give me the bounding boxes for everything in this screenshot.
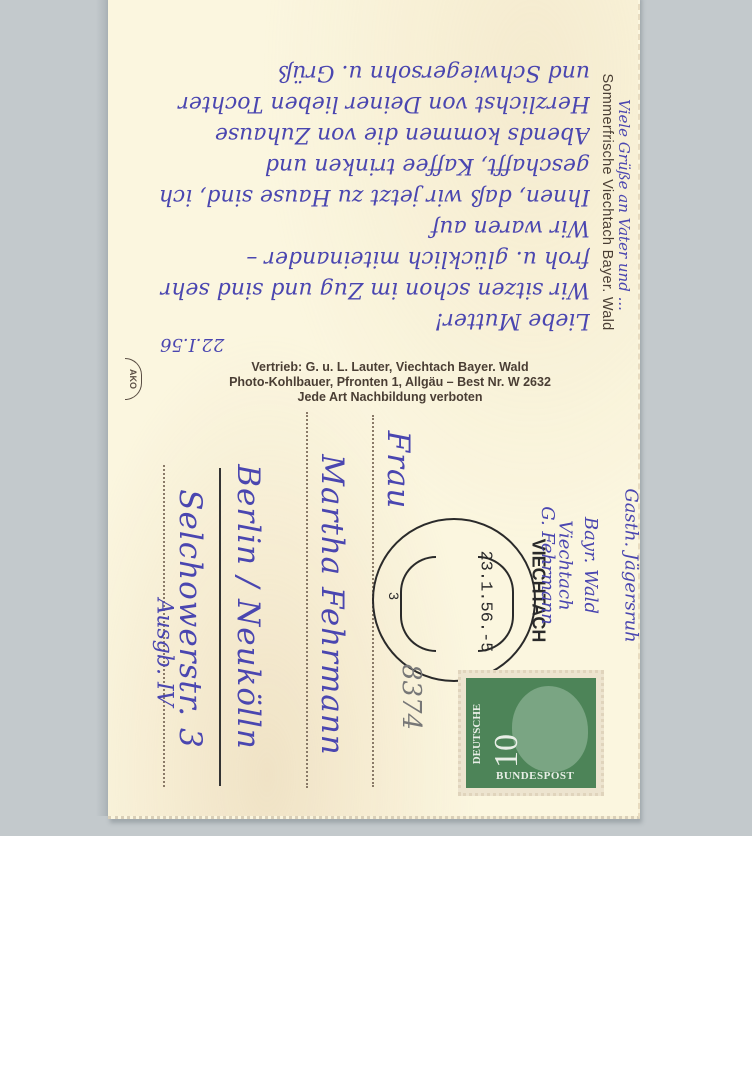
recipient-name: Martha Fehrmann xyxy=(312,410,352,800)
publisher-line-3: Jede Art Nachbildung verboten xyxy=(160,390,620,405)
postmark-arc xyxy=(400,556,436,652)
pencil-note: 8374 xyxy=(396,664,426,730)
postmark-number: 3 xyxy=(386,592,402,600)
sender-address: G. Fehrmann Viechtach Bayr. Wald Gasth. … xyxy=(540,440,640,670)
stamp-country-text: DEUTSCHE xyxy=(471,704,483,765)
city-text: Berlin / Neukölln xyxy=(230,464,266,750)
handwritten-message: Liebe Mutter! Wir sitzen schon im Zug un… xyxy=(130,10,590,342)
sender-city: Viechtach xyxy=(555,520,576,610)
message-line: und Schwiegersohn u. Grüß xyxy=(130,57,590,88)
publisher-info: Vertrieb: G. u. L. Lauter, Viechtach Bay… xyxy=(160,360,620,405)
divider-line xyxy=(219,468,221,786)
publisher-line-2: Photo-Kohlbauer, Pfronten 1, Allgäu – Be… xyxy=(160,375,620,390)
message-line: Liebe Mutter! xyxy=(130,305,590,336)
message-line: Wir waren auf xyxy=(130,212,590,243)
recipient-salutation: Frau xyxy=(378,410,418,530)
message-line: Abends kommen die von Zuhause xyxy=(130,119,590,150)
stamp-country: DEUTSCHE xyxy=(470,684,484,784)
postmark: 3 23.1.56.-5 VIECHTACH xyxy=(372,518,536,682)
message-line: Ihnen, daß wir jetzt zu Hause sind, ich xyxy=(130,181,590,212)
message-line: froh u. glücklich miteinander – xyxy=(130,243,590,274)
recipient-extra: Ausgb. IV xyxy=(152,598,177,706)
stamp-value: 10 xyxy=(488,734,526,768)
recipient-city: Berlin / Neukölln xyxy=(228,412,268,802)
margin-note-text: Viele Grüße an Vater und ... xyxy=(615,99,633,311)
street-text: Selchowerstr. 3 xyxy=(172,489,208,748)
stamp-face: DEUTSCHE 10 BUNDESPOST xyxy=(466,678,596,788)
sender-region: Bayr. Wald xyxy=(580,517,601,614)
address-line xyxy=(306,412,308,788)
message-line: geschafft, Kaffee trinken und xyxy=(130,150,590,181)
margin-note: Viele Grüße an Vater und ... xyxy=(612,40,636,370)
publisher-line-1: Vertrieb: G. u. L. Lauter, Viechtach Bay… xyxy=(160,360,620,375)
message-line: Wir sitzen schon im Zug und sind sehr xyxy=(130,274,590,305)
sender-detail: Gasth. Jägersruh xyxy=(621,488,642,642)
postage-stamp: DEUTSCHE 10 BUNDESPOST xyxy=(458,670,604,796)
salutation-text: Frau xyxy=(380,431,416,510)
stamp-label: BUNDESPOST xyxy=(496,770,574,782)
name-text: Martha Fehrmann xyxy=(314,454,350,756)
postmark-date: 23.1.56.-5 xyxy=(476,550,495,652)
message-line: Herzlichst von Deiner lieben Tochter xyxy=(130,88,590,119)
message-date: 22.I.56 xyxy=(160,334,224,355)
logo-text: AKO xyxy=(128,369,138,389)
